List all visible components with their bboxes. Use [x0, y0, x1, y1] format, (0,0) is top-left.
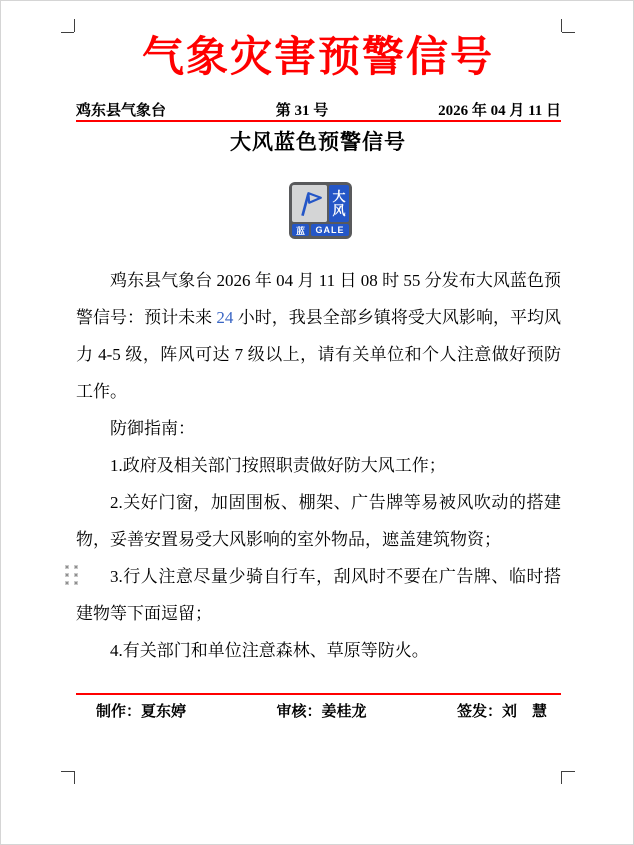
guide-item-3: 3.行人注意尽量少骑自行车，刮风时不要在广告牌、临时搭建物等下面逗留；	[76, 558, 561, 632]
handle-dot	[65, 565, 69, 569]
handle-dot	[74, 573, 78, 577]
crop-mark-bottom-left-v	[74, 771, 75, 784]
reviewer-signature: 审核：姜桂龙	[276, 700, 366, 721]
document-title: 气象灾害预警信号	[1, 33, 634, 83]
announcement-hours-number: 24	[216, 308, 233, 327]
guide-item-2: 2.关好门窗，加固围板、棚架、广告牌等易被风吹动的搭建物，妥善安置易受大风影响的…	[76, 484, 561, 558]
sign-level-label: 蓝	[292, 224, 309, 236]
sign-bottom-row: 蓝 GALE	[292, 224, 349, 236]
wind-flag-panel	[292, 185, 327, 222]
handle-dot	[65, 581, 69, 585]
document-footer-row: 制作：夏东婷 审核：姜桂龙 签发：刘 慧	[76, 700, 561, 721]
header-red-rule	[76, 120, 561, 122]
wind-flag-icon	[295, 189, 325, 219]
issuing-agency: 鸡东县气象台	[76, 99, 166, 120]
signer-signature: 签发：刘 慧	[457, 700, 547, 721]
sign-type-label: 大风	[329, 185, 349, 222]
guide-item-1: 1.政府及相关部门按照职责做好防大风工作；	[76, 447, 561, 484]
document-page: 气象灾害预警信号 鸡东县气象台 第 31 号 2026 年 04 月 11 日 …	[0, 0, 634, 845]
sign-english-label: GALE	[311, 224, 349, 236]
crop-mark-bottom-right-h	[562, 771, 575, 772]
paragraph-announcement: 鸡东县气象台 2026 年 04 月 11 日 08 时 55 分发布大风蓝色预…	[76, 262, 561, 410]
sign-top-row: 大风	[292, 185, 349, 222]
maker-signature: 制作：夏东婷	[96, 700, 186, 721]
body-text: 鸡东县气象台 2026 年 04 月 11 日 08 时 55 分发布大风蓝色预…	[76, 262, 561, 669]
crop-mark-top-left-v	[74, 19, 75, 32]
handle-dot	[65, 573, 69, 577]
gale-warning-sign: 大风 蓝 GALE	[289, 182, 352, 239]
guide-item-4: 4.有关部门和单位注意森林、草原等防火。	[76, 632, 561, 669]
issue-date: 2026 年 04 月 11 日	[438, 99, 561, 120]
crop-mark-top-right-v	[561, 19, 562, 32]
issue-number: 第 31 号	[276, 99, 329, 120]
document-header-row: 鸡东县气象台 第 31 号 2026 年 04 月 11 日	[76, 99, 561, 120]
warning-subtitle: 大风蓝色预警信号	[1, 126, 634, 156]
object-drag-handle[interactable]	[63, 563, 80, 587]
crop-mark-bottom-right-v	[561, 771, 562, 784]
handle-dot	[74, 565, 78, 569]
handle-dot	[74, 581, 78, 585]
footer-red-rule	[76, 693, 561, 695]
crop-mark-bottom-left-h	[61, 771, 74, 772]
guide-title: 防御指南：	[76, 410, 561, 447]
